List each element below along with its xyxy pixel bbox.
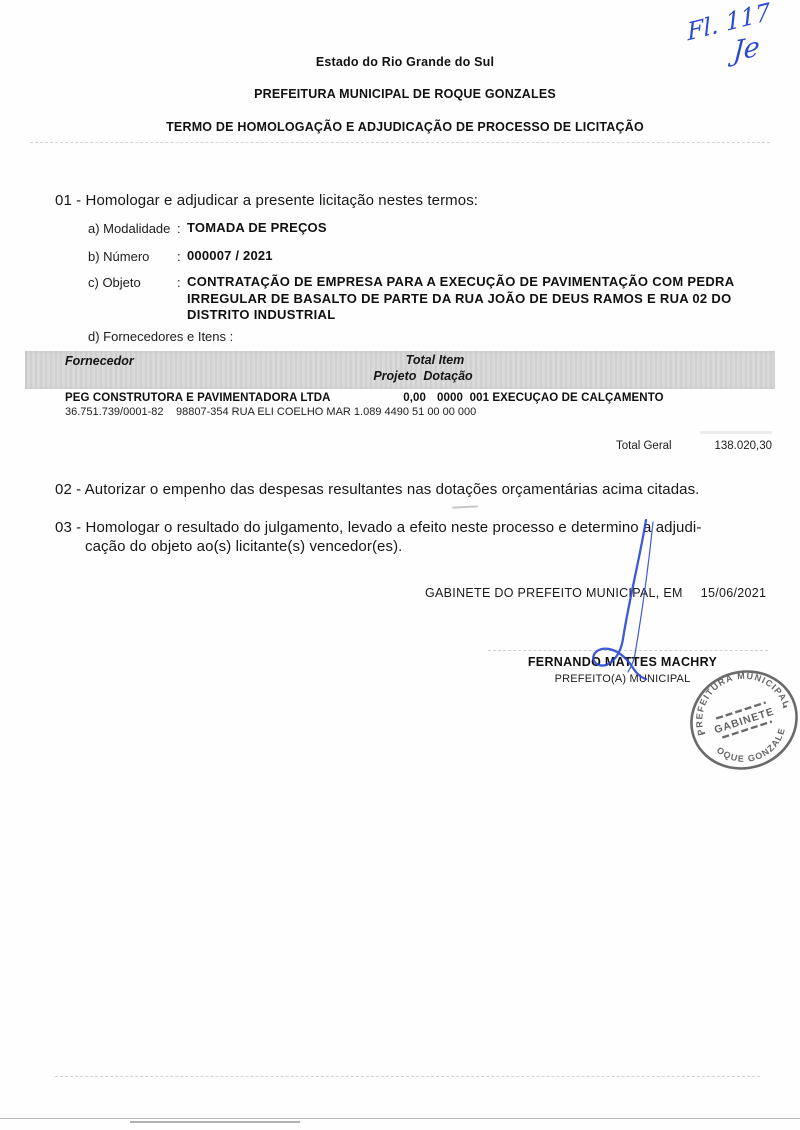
- field-value-objeto: CONTRATAÇÃO DE EMPRESA PARA A EXECUÇÃO D…: [187, 274, 787, 324]
- column-header-total-item: Total Item: [305, 353, 565, 367]
- document-title: TERMO DE HOMOLOGAÇÃO E ADJUDICAÇÃO DE PR…: [0, 120, 800, 134]
- supplier-total-item: 0,00: [358, 392, 426, 404]
- header-municipality-line: PREFEITURA MUNICIPAL DE ROQUE GONZALES: [0, 87, 800, 101]
- item-02-text: 02 - Autorizar o empenho das despesas re…: [55, 481, 699, 498]
- item-03-line2: cação do objeto ao(s) licitante(s) vence…: [85, 538, 402, 555]
- field-colon: :: [177, 275, 181, 290]
- supplier-cnpj: 36.751.739/0001-82: [65, 406, 163, 418]
- suppliers-section-label: d) Fornecedores e Itens :: [88, 329, 233, 344]
- field-value-numero: 000007 / 2021: [187, 248, 273, 263]
- supplier-address-dotacao: 98807-354 RUA ELI COELHO MAR 1.089 4490 …: [176, 406, 476, 418]
- scan-smudge-small: [452, 505, 478, 508]
- column-header-projeto-dotacao: Projeto Dotação: [293, 369, 553, 383]
- scan-artifact-bottom-segment: [130, 1121, 300, 1123]
- scan-smudge: [700, 431, 772, 434]
- field-colon: :: [177, 221, 181, 236]
- scan-artifact-line: [30, 142, 770, 143]
- header-state-line: Estado do Rio Grande do Sul: [0, 55, 800, 69]
- field-label-objeto: c) Objeto: [88, 275, 141, 290]
- column-header-fornecedor: Fornecedor: [65, 354, 134, 368]
- field-label-numero: b) Número: [88, 249, 149, 264]
- official-stamp: PREFEITURA MUNICIPAL ROQUE GONZALES GABI…: [685, 660, 800, 780]
- field-value-modalidade: TOMADA DE PREÇOS: [187, 220, 327, 235]
- field-label-modalidade: a) Modalidade: [88, 221, 170, 236]
- field-colon: :: [177, 249, 181, 264]
- scan-artifact-bottom-dashed: [55, 1076, 760, 1077]
- item-01-text: 01 - Homologar e adjudicar a presente li…: [55, 192, 478, 209]
- document-page: Fl. 117 Je Estado do Rio Grande do Sul P…: [0, 0, 800, 1130]
- scan-artifact-bottom-line: [0, 1118, 800, 1119]
- total-geral-label: Total Geral: [616, 440, 672, 452]
- stamp-text-center: GABINETE: [713, 706, 776, 737]
- supplier-name: PEG CONSTRUTORA E PAVIMENTADORA LTDA: [65, 392, 331, 404]
- total-geral-value: 138.020,30: [690, 440, 772, 452]
- signoff-date: 15/06/2021: [701, 586, 767, 600]
- supplier-item-description: 0000 001 EXECUÇAO DE CALÇAMENTO: [437, 392, 664, 404]
- table-header-bar: Fornecedor Total Item Projeto Dotação: [25, 351, 775, 389]
- signature-ink: [560, 505, 690, 695]
